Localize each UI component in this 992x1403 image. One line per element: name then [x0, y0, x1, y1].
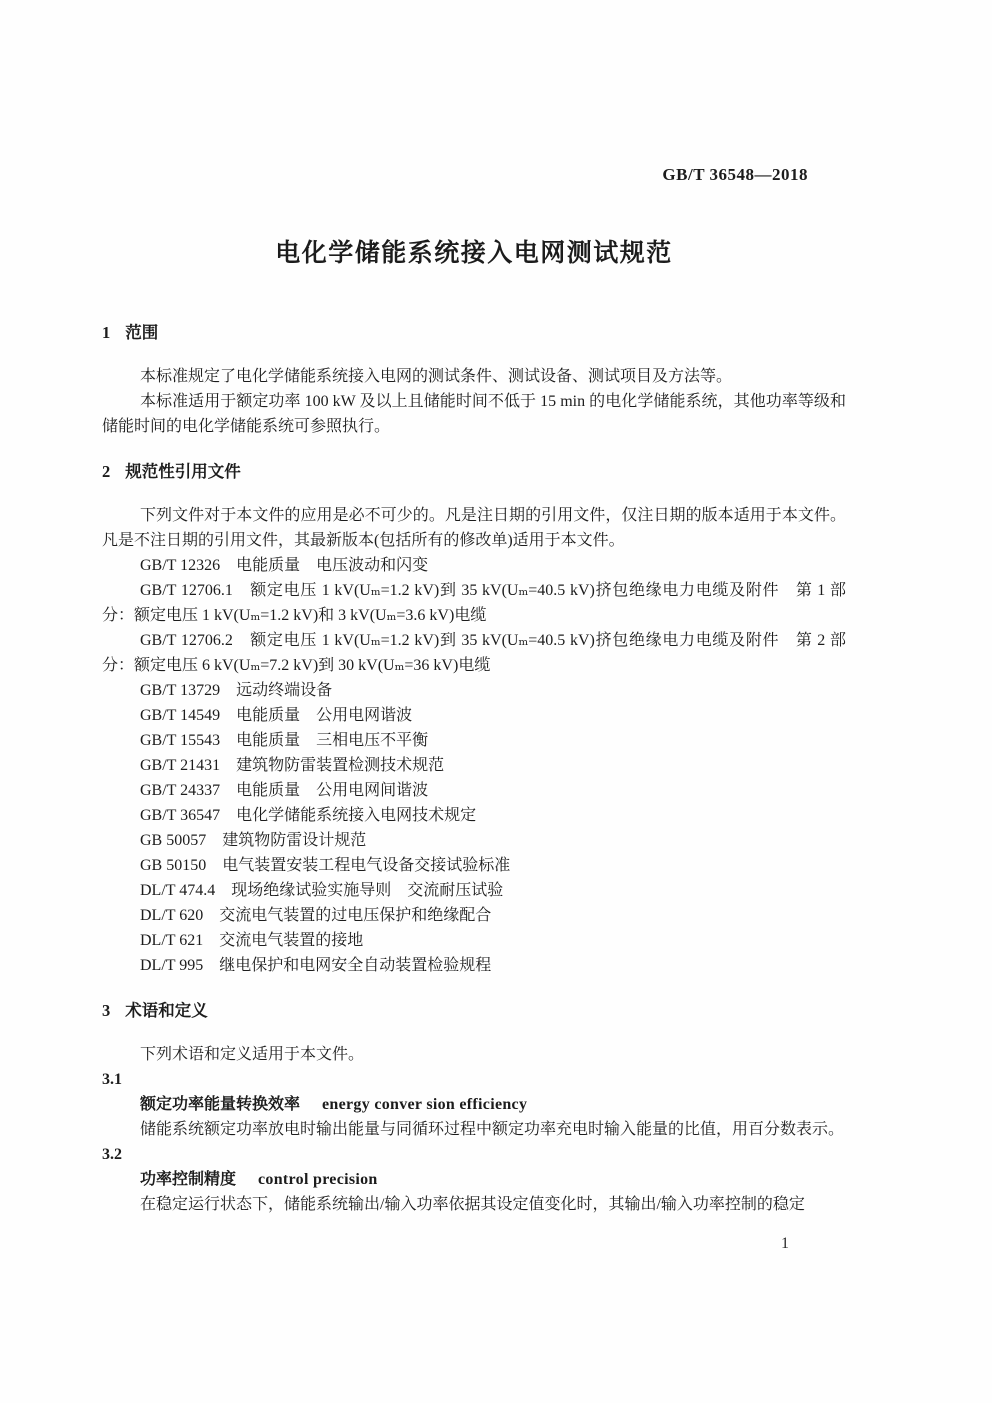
- reference-item: GB/T 14549 电能质量 公用电网谐波: [102, 703, 846, 728]
- section-3-heading: 3术语和定义: [102, 998, 846, 1024]
- scope-paragraph-1: 本标准规定了电化学储能系统接入电网的测试条件、测试设备、测试项目及方法等。: [102, 364, 846, 389]
- doc-body: 1范围 本标准规定了电化学储能系统接入电网的测试条件、测试设备、测试项目及方法等…: [102, 320, 846, 1217]
- reference-item: GB/T 21431 建筑物防雷装置检测技术规范: [102, 753, 846, 778]
- term-title-line: 额定功率能量转换效率energy conver sion efficiency: [102, 1092, 846, 1117]
- section-1-number: 1: [102, 320, 110, 345]
- reference-item: DL/T 995 继电保护和电网安全自动装置检验规程: [102, 953, 846, 978]
- section-1-heading: 1范围: [102, 320, 846, 346]
- reference-item: GB/T 13729 远动终端设备: [102, 678, 846, 703]
- section-2-title: 规范性引用文件: [125, 463, 241, 481]
- doc-code: GB/T 36548—2018: [662, 162, 808, 187]
- document-page: GB/T 36548—2018 电化学储能系统接入电网测试规范 1范围 本标准规…: [0, 0, 992, 1403]
- reference-item: DL/T 621 交流电气装置的接地: [102, 928, 846, 953]
- reference-item: GB/T 12326 电能质量 电压波动和闪变: [102, 553, 846, 578]
- term-entry: 3.2 功率控制精度control precision 在稳定运行状态下，储能系…: [102, 1142, 846, 1217]
- references-intro: 下列文件对于本文件的应用是必不可少的。凡是注日期的引用文件，仅注日期的版本适用于…: [102, 503, 846, 553]
- section-1-title: 范围: [125, 324, 158, 342]
- section-2-number: 2: [102, 459, 110, 484]
- term-definition: 在稳定运行状态下，储能系统输出/输入功率依据其设定值变化时，其输出/输入功率控制…: [102, 1192, 846, 1217]
- terms-intro: 下列术语和定义适用于本文件。: [102, 1042, 846, 1067]
- term-definition: 储能系统额定功率放电时输出能量与同循环过程中额定功率充电时输入能量的比值，用百分…: [102, 1117, 846, 1142]
- reference-item: DL/T 474.4 现场绝缘试验实施导则 交流耐压试验: [102, 878, 846, 903]
- reference-item: GB 50057 建筑物防雷设计规范: [102, 828, 846, 853]
- term-name-english: control precision: [258, 1171, 378, 1188]
- section-3-title: 术语和定义: [125, 1002, 208, 1020]
- reference-item: DL/T 620 交流电气装置的过电压保护和绝缘配合: [102, 903, 846, 928]
- reference-item: GB 50150 电气装置安装工程电气设备交接试验标准: [102, 853, 846, 878]
- reference-item: GB/T 12706.2 额定电压 1 kV(Uₘ=1.2 kV)到 35 kV…: [102, 628, 846, 678]
- term-number: 3.1: [102, 1067, 846, 1092]
- doc-title: 电化学储能系统接入电网测试规范: [102, 236, 846, 270]
- term-name-english: energy conver sion efficiency: [322, 1096, 527, 1113]
- reference-item: GB/T 12706.1 额定电压 1 kV(Uₘ=1.2 kV)到 35 kV…: [102, 578, 846, 628]
- scope-paragraph-2: 本标准适用于额定功率 100 kW 及以上且储能时间不低于 15 min 的电化…: [102, 389, 846, 439]
- reference-item: GB/T 24337 电能质量 公用电网间谐波: [102, 778, 846, 803]
- reference-item: GB/T 15543 电能质量 三相电压不平衡: [102, 728, 846, 753]
- term-name-chinese: 额定功率能量转换效率: [140, 1096, 300, 1113]
- term-entry: 3.1 额定功率能量转换效率energy conver sion efficie…: [102, 1067, 846, 1142]
- term-number: 3.2: [102, 1142, 846, 1167]
- reference-item: GB/T 36547 电化学储能系统接入电网技术规定: [102, 803, 846, 828]
- section-2-heading: 2规范性引用文件: [102, 459, 846, 485]
- term-name-chinese: 功率控制精度: [140, 1171, 236, 1188]
- page-number: 1: [772, 1231, 798, 1256]
- term-title-line: 功率控制精度control precision: [102, 1167, 846, 1192]
- section-3-number: 3: [102, 998, 110, 1023]
